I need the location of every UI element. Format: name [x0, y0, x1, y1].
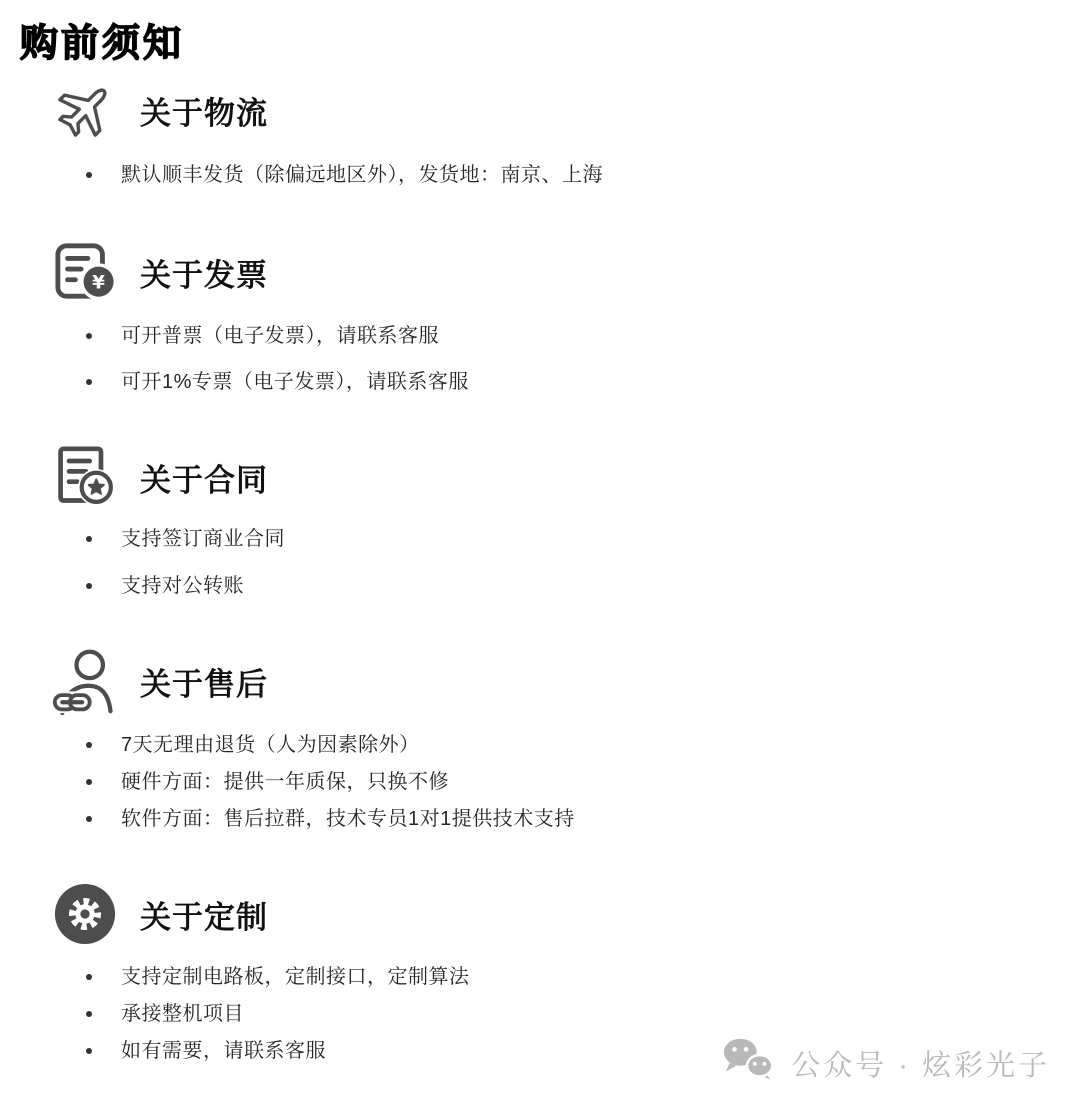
section-contract-header: 关于合同	[50, 446, 1030, 508]
section-heading: 关于发票	[140, 250, 268, 295]
airplane-icon	[50, 78, 120, 142]
bullet-list: 7天无理由退货（人为因素除外） 硬件方面：提供一年质保，只换不修 软件方面：售后…	[50, 733, 1030, 831]
wechat-icon	[721, 1036, 777, 1090]
bullet-item: 硬件方面：提供一年质保，只换不修	[50, 770, 1030, 794]
bullet-item: 软件方面：售后拉群，技术专员1对1提供技术支持	[50, 807, 1030, 831]
section-invoice: ¥ 关于发票 可开普票（电子发票），请联系客服 可开1%专票（电子发票），请联系…	[50, 241, 1030, 394]
section-after-sales: 关于售后 7天无理由退货（人为因素除外） 硬件方面：提供一年质保，只换不修 软件…	[50, 647, 1030, 831]
section-customization-header: 关于定制	[50, 882, 1030, 946]
user-link-icon	[50, 647, 120, 715]
section-heading: 关于合同	[140, 455, 268, 500]
page-title: 购前须知	[20, 12, 184, 67]
bullet-item: 可开1%专票（电子发票），请联系客服	[50, 370, 1030, 394]
section-logistics: 关于物流 默认顺丰发货（除偏远地区外），发货地：南京、上海	[50, 78, 1030, 187]
bullet-item: 可开普票（电子发票），请联系客服	[50, 324, 1030, 348]
section-invoice-header: ¥ 关于发票	[50, 241, 1030, 303]
bullet-item: 支持对公转账	[50, 574, 1030, 598]
invoice-icon: ¥	[50, 241, 120, 303]
bullet-item: 承接整机项目	[50, 1002, 1030, 1026]
section-heading: 关于定制	[140, 892, 268, 937]
svg-text:¥: ¥	[92, 272, 105, 293]
section-after-sales-header: 关于售后	[50, 647, 1030, 715]
watermark-text: 公众号 · 炫彩光子	[791, 1043, 1050, 1084]
section-heading: 关于物流	[140, 88, 268, 133]
page: 购前须知 关于物流 默认顺丰发货（除偏远地区外），发货地：南京、上海	[0, 0, 1080, 1102]
bullet-list: 支持签订商业合同 支持对公转账	[50, 527, 1030, 598]
bullet-item: 默认顺丰发货（除偏远地区外），发货地：南京、上海	[50, 163, 1030, 187]
bullet-item: 7天无理由退货（人为因素除外）	[50, 733, 1030, 757]
section-heading: 关于售后	[140, 659, 268, 704]
bullet-list: 可开普票（电子发票），请联系客服 可开1%专票（电子发票），请联系客服	[50, 324, 1030, 394]
watermark: 公众号 · 炫彩光子	[721, 1036, 1050, 1090]
gear-icon	[50, 882, 120, 946]
bullet-item: 支持定制电路板，定制接口，定制算法	[50, 965, 1030, 989]
bullet-list: 默认顺丰发货（除偏远地区外），发货地：南京、上海	[50, 163, 1030, 187]
contract-icon	[50, 446, 120, 508]
section-contract: 关于合同 支持签订商业合同 支持对公转账	[50, 446, 1030, 598]
section-logistics-header: 关于物流	[50, 78, 1030, 142]
bullet-item: 支持签订商业合同	[50, 527, 1030, 551]
